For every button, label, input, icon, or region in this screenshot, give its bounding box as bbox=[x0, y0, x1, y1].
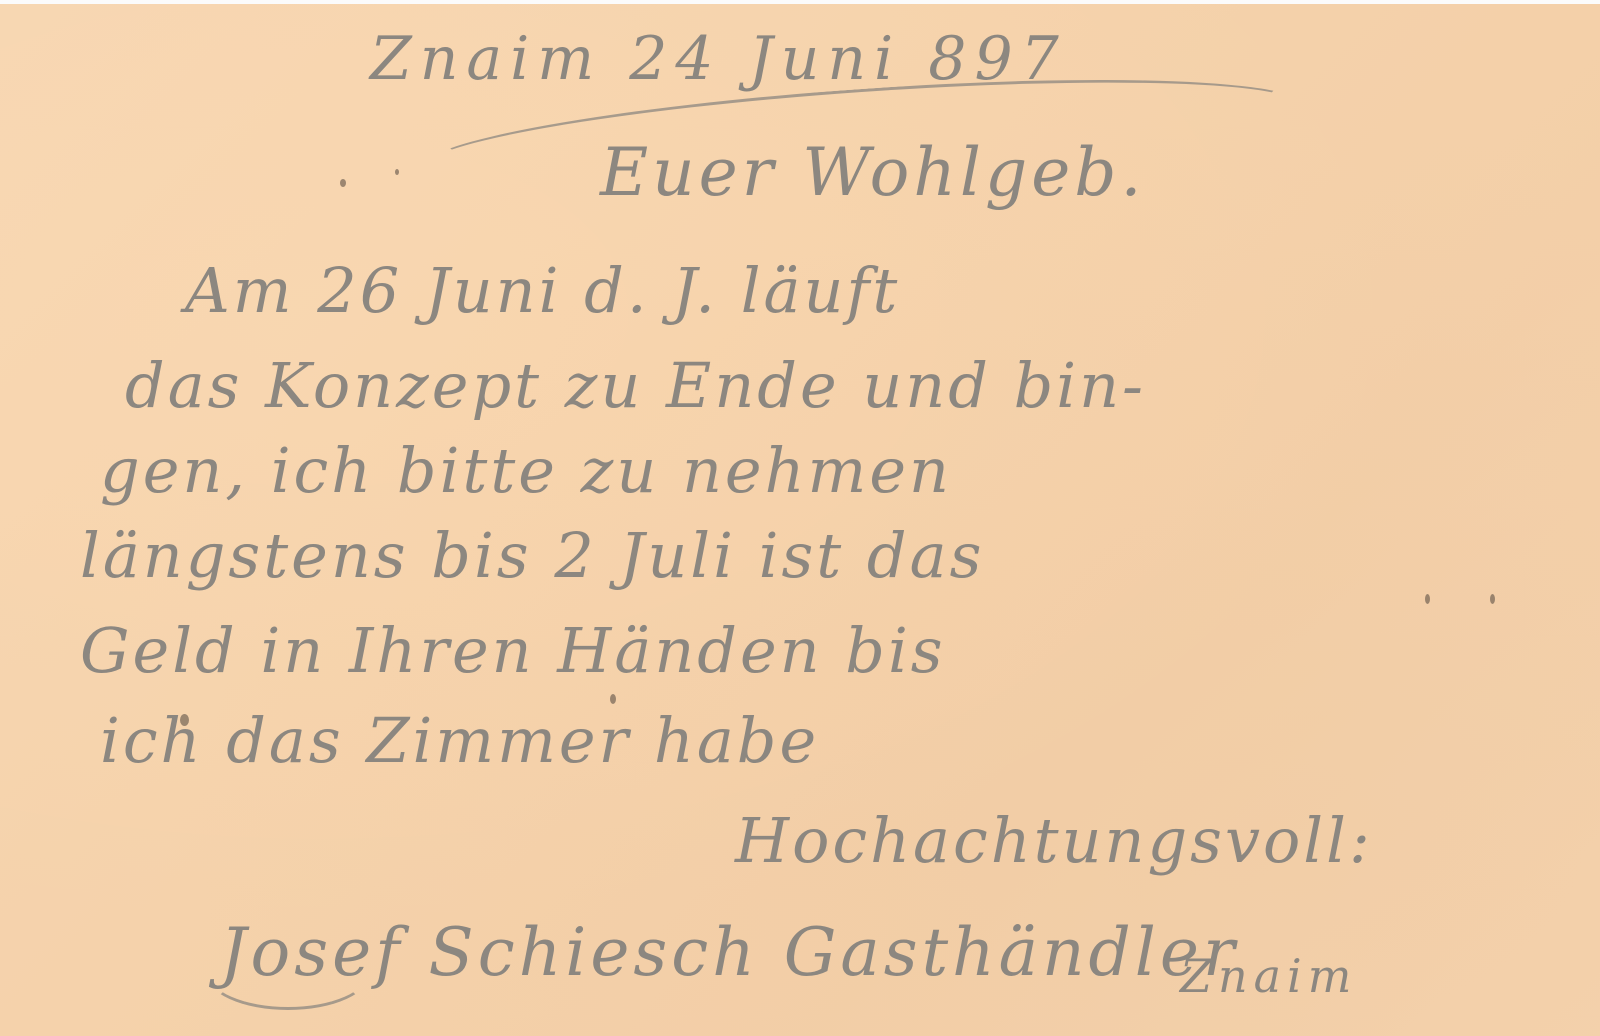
body-line-6: ich das Zimmer habe bbox=[100, 704, 819, 777]
body-line-3: gen, ich bitte zu nehmen bbox=[100, 434, 952, 507]
ink-speck bbox=[1490, 594, 1495, 604]
body-line-2: das Konzept zu Ende und bin- bbox=[125, 349, 1146, 422]
ink-speck bbox=[395, 169, 399, 175]
signature: Josef Schiesch Gasthändler bbox=[220, 914, 1239, 991]
place: Znaim bbox=[1180, 949, 1357, 1003]
ink-speck bbox=[610, 694, 616, 704]
ink-speck bbox=[1425, 594, 1430, 604]
closing: Hochachtungsvoll: bbox=[735, 804, 1373, 877]
signature-flourish bbox=[205, 934, 371, 1010]
body-line-4: längstens bis 2 Juli ist das bbox=[80, 519, 984, 592]
salutation: Euer Wohlgeb. bbox=[600, 134, 1146, 211]
ink-speck bbox=[340, 179, 346, 187]
postcard: Znaim 24 Juni 897 Euer Wohlgeb. Am 26 Ju… bbox=[0, 4, 1600, 1036]
body-line-5: Geld in Ihren Händen bis bbox=[80, 614, 946, 687]
body-line-1: Am 26 Juni d. J. läuft bbox=[185, 254, 900, 327]
